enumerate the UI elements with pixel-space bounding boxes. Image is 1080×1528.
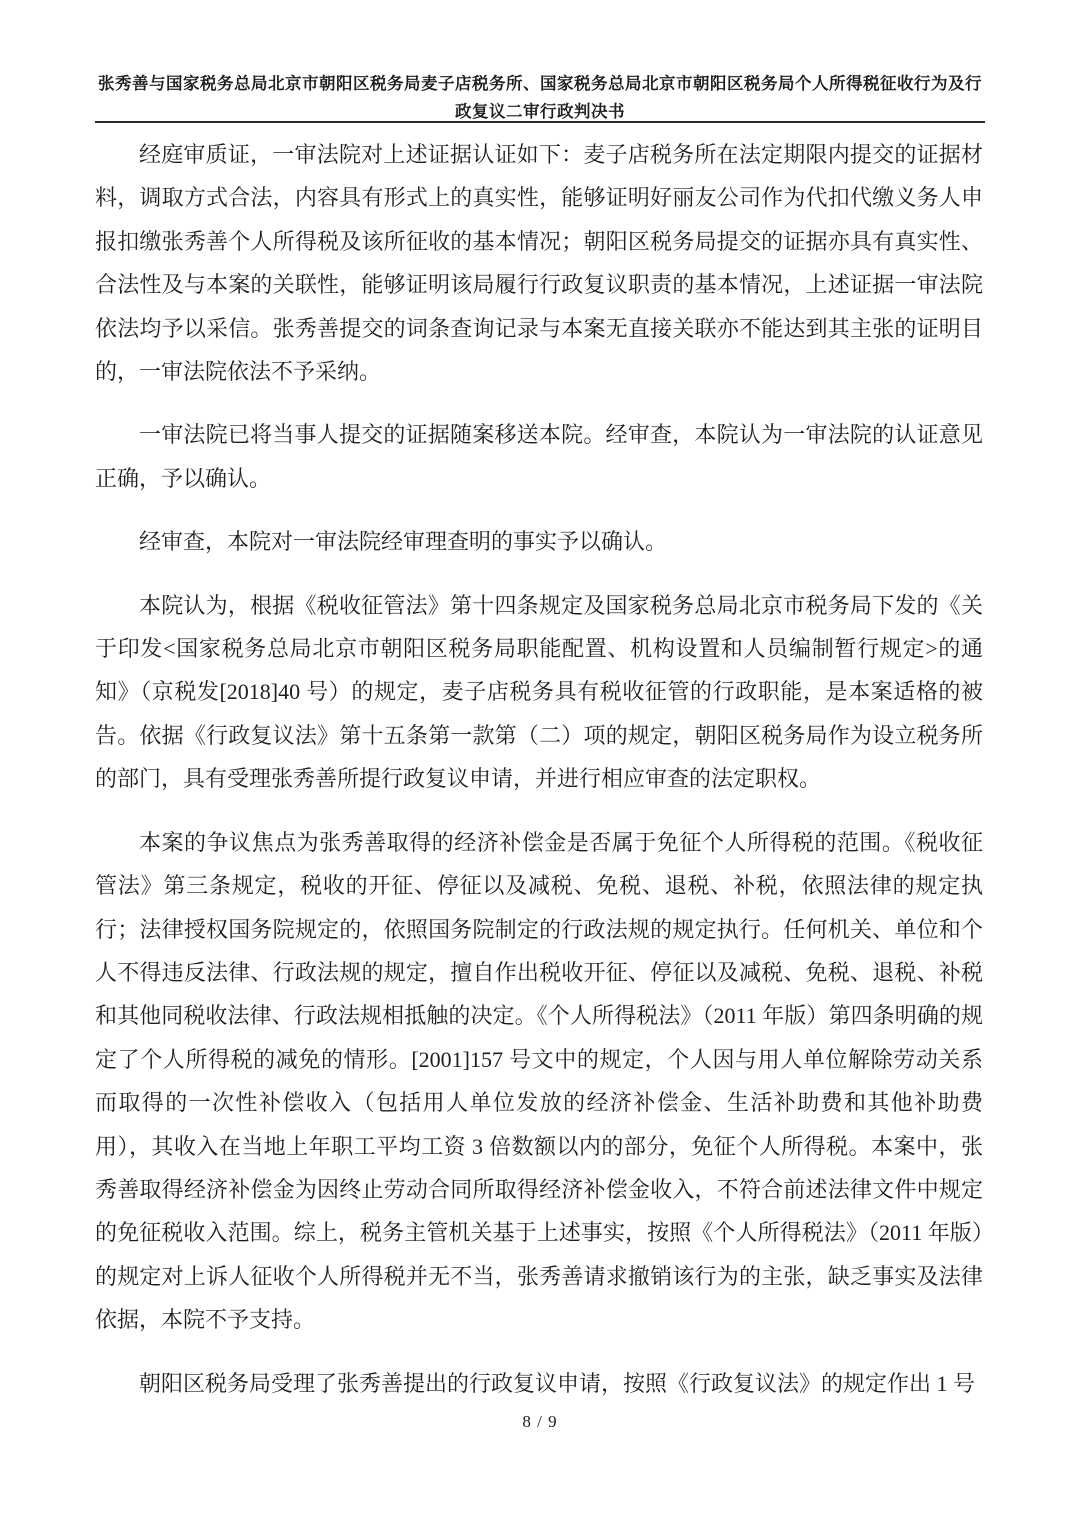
- body-paragraph: 本案的争议焦点为张秀善取得的经济补偿金是否属于免征个人所得税的范围。《税收征管法…: [95, 821, 983, 1342]
- page-number: 8 / 9: [0, 1412, 1080, 1432]
- body-paragraph: 本院认为，根据《税收征管法》第十四条规定及国家税务总局北京市税务局下发的《关于印…: [95, 584, 983, 801]
- document-page: 张秀善与国家税务总局北京市朝阳区税务局麦子店税务所、国家税务总局北京市朝阳区税务…: [0, 0, 1080, 1528]
- header-divider: [95, 121, 985, 123]
- body-paragraph: 经庭审质证，一审法院对上述证据认证如下：麦子店税务所在法定期限内提交的证据材料，…: [95, 133, 983, 393]
- document-title: 张秀善与国家税务总局北京市朝阳区税务局麦子店税务所、国家税务总局北京市朝阳区税务…: [95, 70, 985, 126]
- document-header: 张秀善与国家税务总局北京市朝阳区税务局麦子店税务所、国家税务总局北京市朝阳区税务…: [95, 70, 985, 126]
- body-paragraph: 一审法院已将当事人提交的证据随案移送本院。经审查，本院认为一审法院的认证意见正确…: [95, 413, 983, 500]
- document-body: 经庭审质证，一审法院对上述证据认证如下：麦子店税务所在法定期限内提交的证据材料，…: [95, 133, 983, 1425]
- body-paragraph: 朝阳区税务局受理了张秀善提出的行政复议申请，按照《行政复议法》的规定作出 1 号: [95, 1362, 983, 1405]
- body-paragraph: 经审查，本院对一审法院经审理查明的事实予以确认。: [95, 520, 983, 563]
